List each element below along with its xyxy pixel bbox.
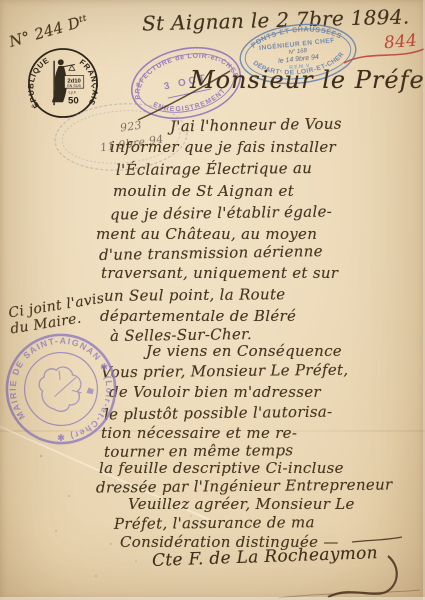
scanned-letter-page: N° 244 Dᵗᵗ RÉPUBLIQUE FRANÇAISE 2d10 EN … <box>0 0 425 600</box>
body-line: ment au Château, au moyen <box>96 227 317 242</box>
body-line: l'Éclairage Électrique au <box>116 161 312 178</box>
revenue-value-small: c.p.F. <box>69 90 77 94</box>
body-line: informer que je fais installer <box>110 140 336 155</box>
body-line: Je viens en Conséquence <box>146 344 342 359</box>
coat-of-arms-icon <box>30 355 96 421</box>
body-line: Vous prier, Monsieur Le Préfet, <box>101 363 349 381</box>
body-line: un Seul point, la Route <box>104 287 286 304</box>
body-line: départementale de Bléré <box>100 309 296 324</box>
body-line: d'une transmission aérienne <box>99 244 323 263</box>
body-line: dressée par l'Ingénieur Entrepreneur <box>96 477 393 495</box>
body-line: moulin de St Aignan et <box>113 184 294 199</box>
body-line: Veuillez agréer, Monsieur Le <box>128 497 355 512</box>
body-line: J'ai l'honneur de Vous <box>170 117 342 135</box>
registry-note-number: 923 <box>119 120 142 134</box>
body-line: tourner en même temps <box>104 443 293 460</box>
body-line: traversant, uniquement et sur <box>101 266 338 281</box>
body-line: que je désire l'établir égale- <box>110 204 332 222</box>
body-line: tion nécessaire et me re- <box>101 426 297 441</box>
body-line: Préfet, l'assurance de ma <box>114 515 315 532</box>
folio-number: 844 <box>383 33 418 53</box>
body-line: le plustôt possible l'autorisa- <box>104 405 333 423</box>
revenue-value-mid: EN SUS <box>67 84 81 88</box>
salutation: Monsieur le Préfet, <box>190 68 425 92</box>
signature: Cte F. de La Rocheaymon <box>152 545 378 570</box>
closing-dash-stroke <box>352 537 402 542</box>
body-line: la feuille descriptive Ci-incluse <box>99 461 344 476</box>
